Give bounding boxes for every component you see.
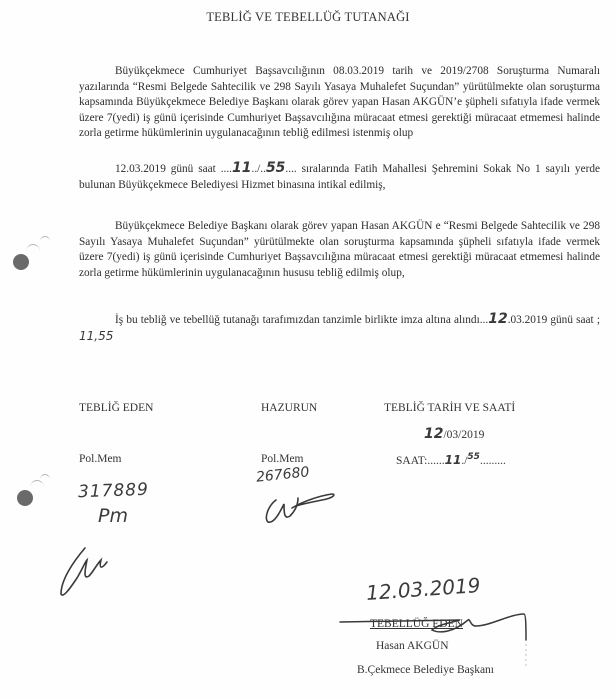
teblig-tarih-heading: TEBLİĞ TARİH VE SAATİ [384,402,515,414]
handwritten-hour: 11 [445,453,462,467]
punch-hole-shadow [26,244,40,259]
punch-hole-shadow [40,474,50,485]
handwritten-time: 11,55 [79,329,113,343]
handwritten-badge-number: 317889 [78,480,150,502]
signer-name: Hasan AKGÜN [376,640,449,652]
document-title: TEBLİĞ VE TEBELLÜĞ TUTANAĞI [0,10,616,25]
punch-hole-shadow [40,236,50,247]
signature-teblig-eden [55,540,135,600]
teblig-date: 12/03/2019 [424,426,484,442]
handwritten-day: 12 [488,311,507,327]
handwritten-initials: Pm [98,505,128,527]
hazurun-rank: Pol.Mem [261,453,304,465]
handwritten-badge-number: 267680 [255,464,310,485]
hazurun-heading: HAZURUN [261,402,317,414]
handwritten-minute: 55 [467,452,480,462]
teblig-time: SAAT:......11./55......... [396,452,506,467]
teblig-eden-rank: Pol.Mem [79,453,122,465]
document-page: TEBLİĞ VE TEBELLÜĞ TUTANAĞI Büyükçekmece… [0,0,616,698]
handwritten-day: 12 [424,426,443,442]
handwritten-minute: 55 [266,160,285,176]
paragraph-notification-done: Büyükçekmece Belediye Başkanı olarak gör… [79,219,600,281]
handwritten-hour: 11 [232,160,251,176]
punch-hole [13,254,29,270]
handwritten-date: 12.03.2019 [365,573,481,605]
teblig-eden-heading: TEBLİĞ EDEN [79,402,153,414]
signature-hazurun [262,488,342,528]
punch-hole [17,490,33,506]
paragraph-notification-request: Büyükçekmece Cumhuriyet Başsavcılığının … [79,64,600,142]
tebellug-eden-heading: TEBELLÜĞ EDEN [370,618,463,630]
paragraph-arrival: 12.03.2019 günü saat ....11../..55.... s… [79,161,600,193]
signer-title: B.Çekmece Belediye Başkanı [357,664,494,676]
paragraph-signing: İş bu tebliğ ve tebellüğ tutanağı tarafı… [79,312,600,345]
